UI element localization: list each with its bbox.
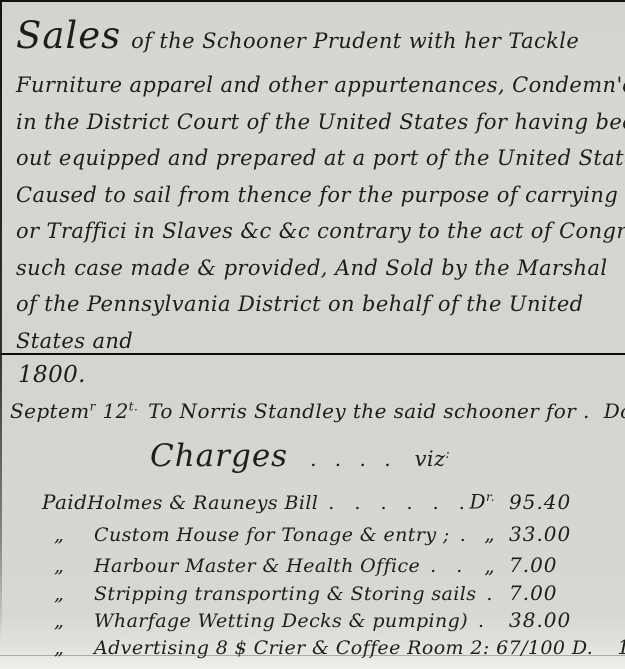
paragraph-line: of the Pennsylvania District on behalf o… [16, 286, 612, 323]
charge-description: Harbour Master & Health Office [94, 553, 420, 579]
charge-row: „ Advertising 8 $ Crier & Coffee Room 2:… [42, 634, 587, 661]
charge-row-mark: „ [42, 581, 94, 607]
charge-row: „ Stripping transporting & Storing sails… [42, 580, 587, 607]
charge-row-mark: „ [42, 522, 94, 548]
charge-amount: 7.00 [509, 552, 587, 578]
paragraph-line: Furniture apparel and other appurtenance… [16, 67, 612, 104]
paragraph-line: such case made & provided, And Sold by t… [16, 250, 612, 287]
charge-dot-leader: . . . . [468, 608, 495, 634]
document-paragraph: Salesof the Schooner Prudent with her Ta… [16, 10, 612, 359]
scan-top-edge [0, 0, 625, 2]
charge-row: „ Custom House for Tonage & entry ; . . … [42, 516, 587, 548]
charge-row: „ Harbour Master & Health Office . . . .… [42, 548, 587, 580]
charge-amount: 95.40 [509, 489, 587, 515]
charge-dot-leader: . . . . [420, 553, 484, 579]
charge-row-mark: „ [42, 635, 94, 661]
entry-currency: Dolls. [604, 399, 625, 423]
paragraph-line: out equipped and prepared at a port of t… [16, 140, 612, 177]
sale-entry-line: Septemr 12t. To Norris Standley the said… [10, 398, 616, 424]
charge-row-mark: „ [42, 608, 94, 634]
charge-row-mark: Paid [42, 489, 87, 515]
charge-dot-leader: . . . . . . [318, 490, 469, 516]
charge-amount: 33.00 [509, 521, 587, 547]
scan-left-edge [0, 0, 2, 640]
charges-heading: Charges . . . . viz: [150, 438, 450, 474]
charge-amount: 7.00 [509, 580, 587, 606]
entry-text: To Norris Standley the said schooner for… [148, 399, 590, 423]
entry-date: Septemr 12t. [10, 399, 138, 423]
charges-heading-viz: viz: [415, 446, 451, 471]
charge-row: Paid Holmes & Rauneys Bill . . . . . . D… [42, 484, 587, 516]
paragraph-line-text: of the Schooner Prudent with her Tackle [131, 29, 579, 53]
charge-description: Holmes & Rauneys Bill [87, 490, 318, 516]
charge-dot-leader: . . . . . [476, 581, 495, 607]
charges-heading-word: Charges [150, 438, 288, 474]
charge-currency-mark: „ [484, 548, 495, 579]
charge-amount: 10.67 [617, 634, 625, 660]
charge-description: Custom House for Tonage & entry ; [94, 522, 450, 548]
charge-amount: 38.00 [509, 607, 587, 633]
charges-table: Paid Holmes & Rauneys Bill . . . . . . D… [42, 484, 587, 661]
charges-heading-dots: . . . . [310, 447, 397, 471]
charge-description: Stripping transporting & Storing sails [94, 581, 476, 607]
year-label: 1800. [18, 362, 86, 388]
charge-dot-leader: . . [450, 522, 485, 548]
scanned-document-page: Salesof the Schooner Prudent with her Ta… [0, 0, 625, 669]
charge-row-mark: „ [42, 553, 94, 579]
charge-description: Advertising 8 $ Crier & Coffee Room 2: 6… [94, 635, 593, 661]
divider-line [0, 353, 625, 355]
paragraph-line: Caused to sail from thence for the purpo… [16, 177, 612, 214]
charge-currency-mark: Dr. [470, 484, 495, 515]
paragraph-line: in the District Court of the United Stat… [16, 104, 612, 141]
charge-currency-mark: „ [484, 516, 495, 547]
paragraph-line: or Traffici in Slaves &c &c contrary to … [16, 213, 612, 250]
paragraph-line: Salesof the Schooner Prudent with her Ta… [16, 10, 612, 67]
title-lead-word: Sales [16, 14, 121, 57]
charge-description: Wharfage Wetting Decks & pumping) [94, 608, 468, 634]
charge-row: „ Wharfage Wetting Decks & pumping) . . … [42, 607, 587, 634]
charge-dot-leader: . . . [593, 635, 603, 661]
